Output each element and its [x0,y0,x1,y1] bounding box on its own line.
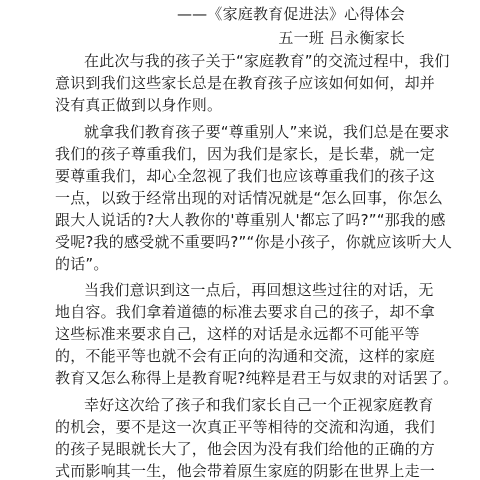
paragraph-line: 的孩子晃眼就长大了，他会因为没有我们给他的正确的方 [55,438,435,460]
paragraph-line: 地自容。我们拿着道德的标准去要求自己的孩子，却不拿 [55,301,435,323]
paragraph-line: 式而影响其一生，他会带着原生家庭的阴影在世界上走一 [55,460,435,480]
paragraph-line: 我们的孩子尊重我们，因为我们是家长，是长辈，就一定 [55,143,435,165]
paragraph-line: 没有真正做到以身作则。 [55,94,222,116]
paragraph-line: 这些标准来要求自己，这样的对话是永远都不可能平等 [55,323,420,345]
paragraph-line: 受呢?我的感受就不重要吗?”“你是小孩子，你就应该听大人 [55,231,452,253]
paragraph-line: 幸好这次给了孩子和我们家长自己一个正视家庭教育 [84,394,434,416]
paragraph-line: 的机会，要不是这一次真正平等相待的交流和沟通，我们 [55,416,435,438]
paragraph-line: 意识到我们这些家长总是在教育孩子应该如何如何，却并 [55,72,435,94]
paragraph-line: 的，不能平等也就不会有正向的沟通和交流，这样的家庭 [55,345,435,367]
paragraph-line: 要尊重我们，却心全忽视了我们也应该尊重我们的孩子这 [55,165,435,187]
paragraph-line: 当我们意识到这一点后，再回想这些过往的对话，无 [84,279,434,301]
paragraph-line: 的话”。 [55,253,109,275]
paragraph-line: 在此次与我的孩子关于“家庭教育”的交流过程中，我们 [84,50,450,72]
paragraph-line: 跟大人说话的?大人教你的'尊重别人'都忘了吗?”“那我的感 [55,209,446,231]
paragraph-line: 一点，以致于经常出现的对话情况就是“怎么回事，你怎么 [55,187,443,209]
paragraph-line: 就拿我们教育孩子要“尊重别人”来说，我们总是在要求 [84,121,450,143]
essay-subtitle: ——《家庭教育促进法》心得体会 [55,3,405,25]
author-line: 五一班 吕永衡家长 [55,27,405,49]
paragraph-line: 教育又怎么称得上是教育呢?纯粹是君王与奴隶的对话罢了。 [55,367,458,389]
